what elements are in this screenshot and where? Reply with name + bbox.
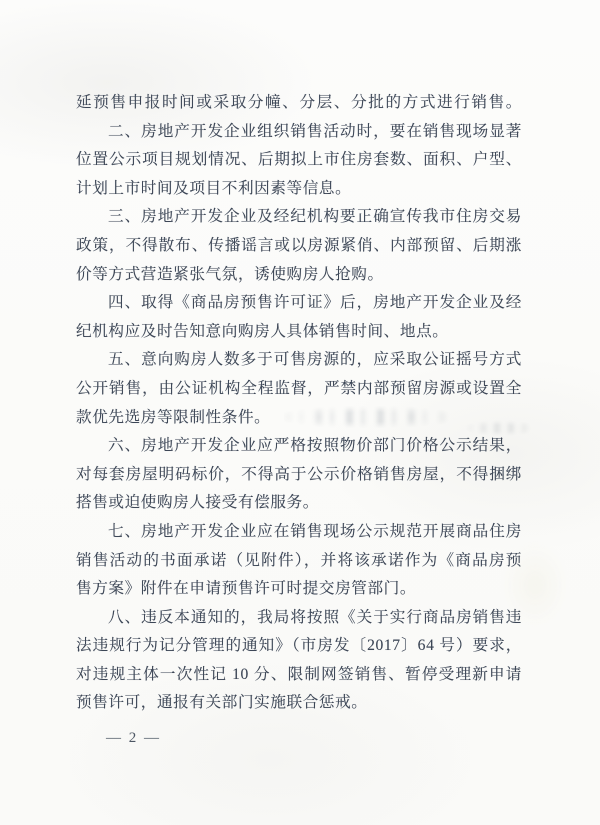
text-line: 公开销售，由公证机构全程监督，严禁内部预留房源或设置全 — [76, 375, 522, 404]
text-line: 销售活动的书面承诺（见附件），并将该承诺作为《商品房预 — [76, 547, 522, 576]
scanned-document-page: 延预售申报时间或采取分幢、分层、分批的方式进行销售。二、房地产开发企业组织销售活… — [0, 0, 600, 825]
text-line: 二、房地产开发企业组织销售活动时，要在销售现场显著 — [76, 118, 522, 147]
text-line: 延预售申报时间或采取分幢、分层、分批的方式进行销售。 — [76, 89, 522, 118]
text-line: 位置公示项目规划情况、后期拟上市住房套数、面积、户型、 — [76, 146, 522, 175]
text-line: 对违规主体一次性记 10 分、限制网签销售、暂停受理新申请 — [76, 661, 522, 690]
text-line: 搭售或迫使购房人接受有偿服务。 — [76, 489, 522, 518]
text-line: 纪机构应及时告知意向购房人具体销售时间、地点。 — [76, 318, 522, 347]
text-line: 预售许可，通报有关部门实施联合惩戒。 — [76, 689, 522, 718]
text-line: 五、意向购房人数多于可售房源的，应采取公证摇号方式 — [76, 346, 522, 375]
page-number: — 2 — — [106, 730, 161, 747]
text-line: 款优先选房等限制性条件。 — [76, 404, 522, 433]
text-line: 四、取得《商品房预售许可证》后，房地产开发企业及经 — [76, 289, 522, 318]
text-line: 售方案》附件在申请预售许可时提交房管部门。 — [76, 575, 522, 604]
text-line: 对每套房屋明码标价，不得高于公示价格销售房屋，不得捆绑 — [76, 461, 522, 490]
text-line: 法违规行为记分管理的通知》（市房发〔2017〕64 号）要求， — [76, 632, 522, 661]
text-line: 六、房地产开发企业应严格按照物价部门价格公示结果， — [76, 432, 522, 461]
document-body: 延预售申报时间或采取分幢、分层、分批的方式进行销售。二、房地产开发企业组织销售活… — [76, 89, 522, 718]
text-line: 三、房地产开发企业及经纪机构要正确宣传我市住房交易 — [76, 203, 522, 232]
text-line: 八、违反本通知的，我局将按照《关于实行商品房销售违 — [76, 604, 522, 633]
text-line: 政策，不得散布、传播谣言或以房源紧俏、内部预留、后期涨 — [76, 232, 522, 261]
text-line: 七、房地产开发企业应在销售现场公示规范开展商品住房 — [76, 518, 522, 547]
text-line: 计划上市时间及项目不利因素等信息。 — [76, 175, 522, 204]
text-line: 价等方式营造紧张气氛，诱使购房人抢购。 — [76, 261, 522, 290]
